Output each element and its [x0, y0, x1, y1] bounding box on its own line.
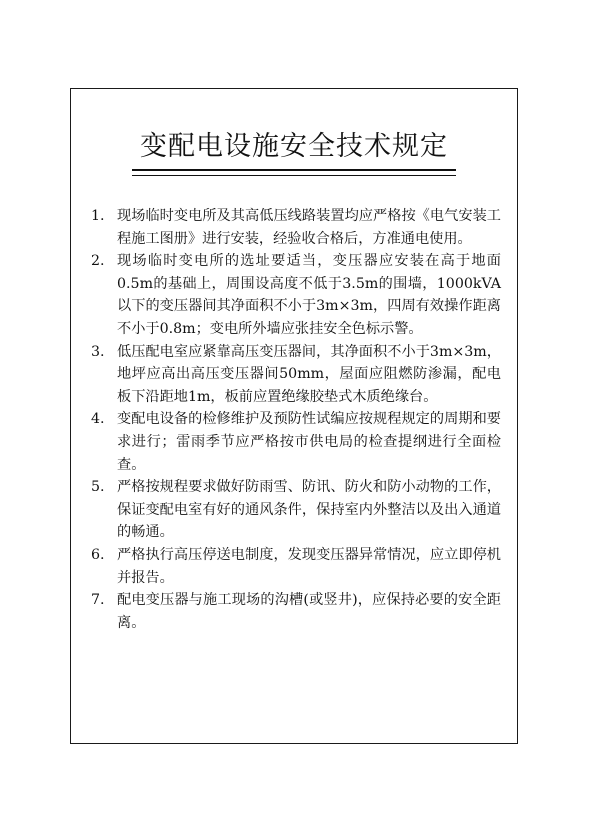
rule-item: 5. 严格按规程要求做好防雨雪、防讯、防火和防小动物的工作，保证变配电室有好的通…: [91, 476, 501, 544]
rule-text: 现场临时变电所的选址要适当，变压器应安装在高于地面0.5m的基础上，周围设高度不…: [117, 250, 501, 340]
rule-number: 7.: [91, 589, 117, 634]
rule-number: 1.: [91, 205, 117, 250]
rule-number: 4.: [91, 408, 117, 476]
rules-list: 1. 现场临时变电所及其高低压线路装置均应严格按《电气安装工程施工图册》进行安装…: [91, 205, 501, 634]
document-title: 变配电设施安全技术规定: [132, 129, 456, 171]
rule-text: 严格按规程要求做好防雨雪、防讯、防火和防小动物的工作，保证变配电室有好的通风条件…: [117, 476, 501, 544]
rule-number: 3.: [91, 341, 117, 409]
regulation-board: 变配电设施安全技术规定 1. 现场临时变电所及其高低压线路装置均应严格按《电气安…: [70, 88, 518, 744]
rule-item: 3. 低压配电室应紧靠高压变压器间，其净面积不小于3m×3m，地坪应高出高压变压…: [91, 341, 501, 409]
rule-text: 低压配电室应紧靠高压变压器间，其净面积不小于3m×3m，地坪应高出高压变压器间5…: [117, 341, 501, 409]
title-block: 变配电设施安全技术规定: [71, 129, 517, 171]
rule-number: 5.: [91, 476, 117, 544]
rule-text: 现场临时变电所及其高低压线路装置均应严格按《电气安装工程施工图册》进行安装，经验…: [117, 205, 501, 250]
rule-item: 2. 现场临时变电所的选址要适当，变压器应安装在高于地面0.5m的基础上，周围设…: [91, 250, 501, 340]
rule-text: 严格执行高压停送电制度，发现变压器异常情况，应立即停机并报告。: [117, 544, 501, 589]
rule-number: 6.: [91, 544, 117, 589]
rule-item: 7. 配电变压器与施工现场的沟槽(或竖井)，应保持必要的安全距离。: [91, 589, 501, 634]
rule-text: 配电变压器与施工现场的沟槽(或竖井)，应保持必要的安全距离。: [117, 589, 501, 634]
rule-item: 4. 变配电设备的检修维护及预防性试编应按规程规定的周期和要求进行；雷雨季节应严…: [91, 408, 501, 476]
rule-item: 1. 现场临时变电所及其高低压线路装置均应严格按《电气安装工程施工图册》进行安装…: [91, 205, 501, 250]
rule-text: 变配电设备的检修维护及预防性试编应按规程规定的周期和要求进行；雷雨季节应严格按市…: [117, 408, 501, 476]
rule-number: 2.: [91, 250, 117, 340]
rule-item: 6. 严格执行高压停送电制度，发现变压器异常情况，应立即停机并报告。: [91, 544, 501, 589]
